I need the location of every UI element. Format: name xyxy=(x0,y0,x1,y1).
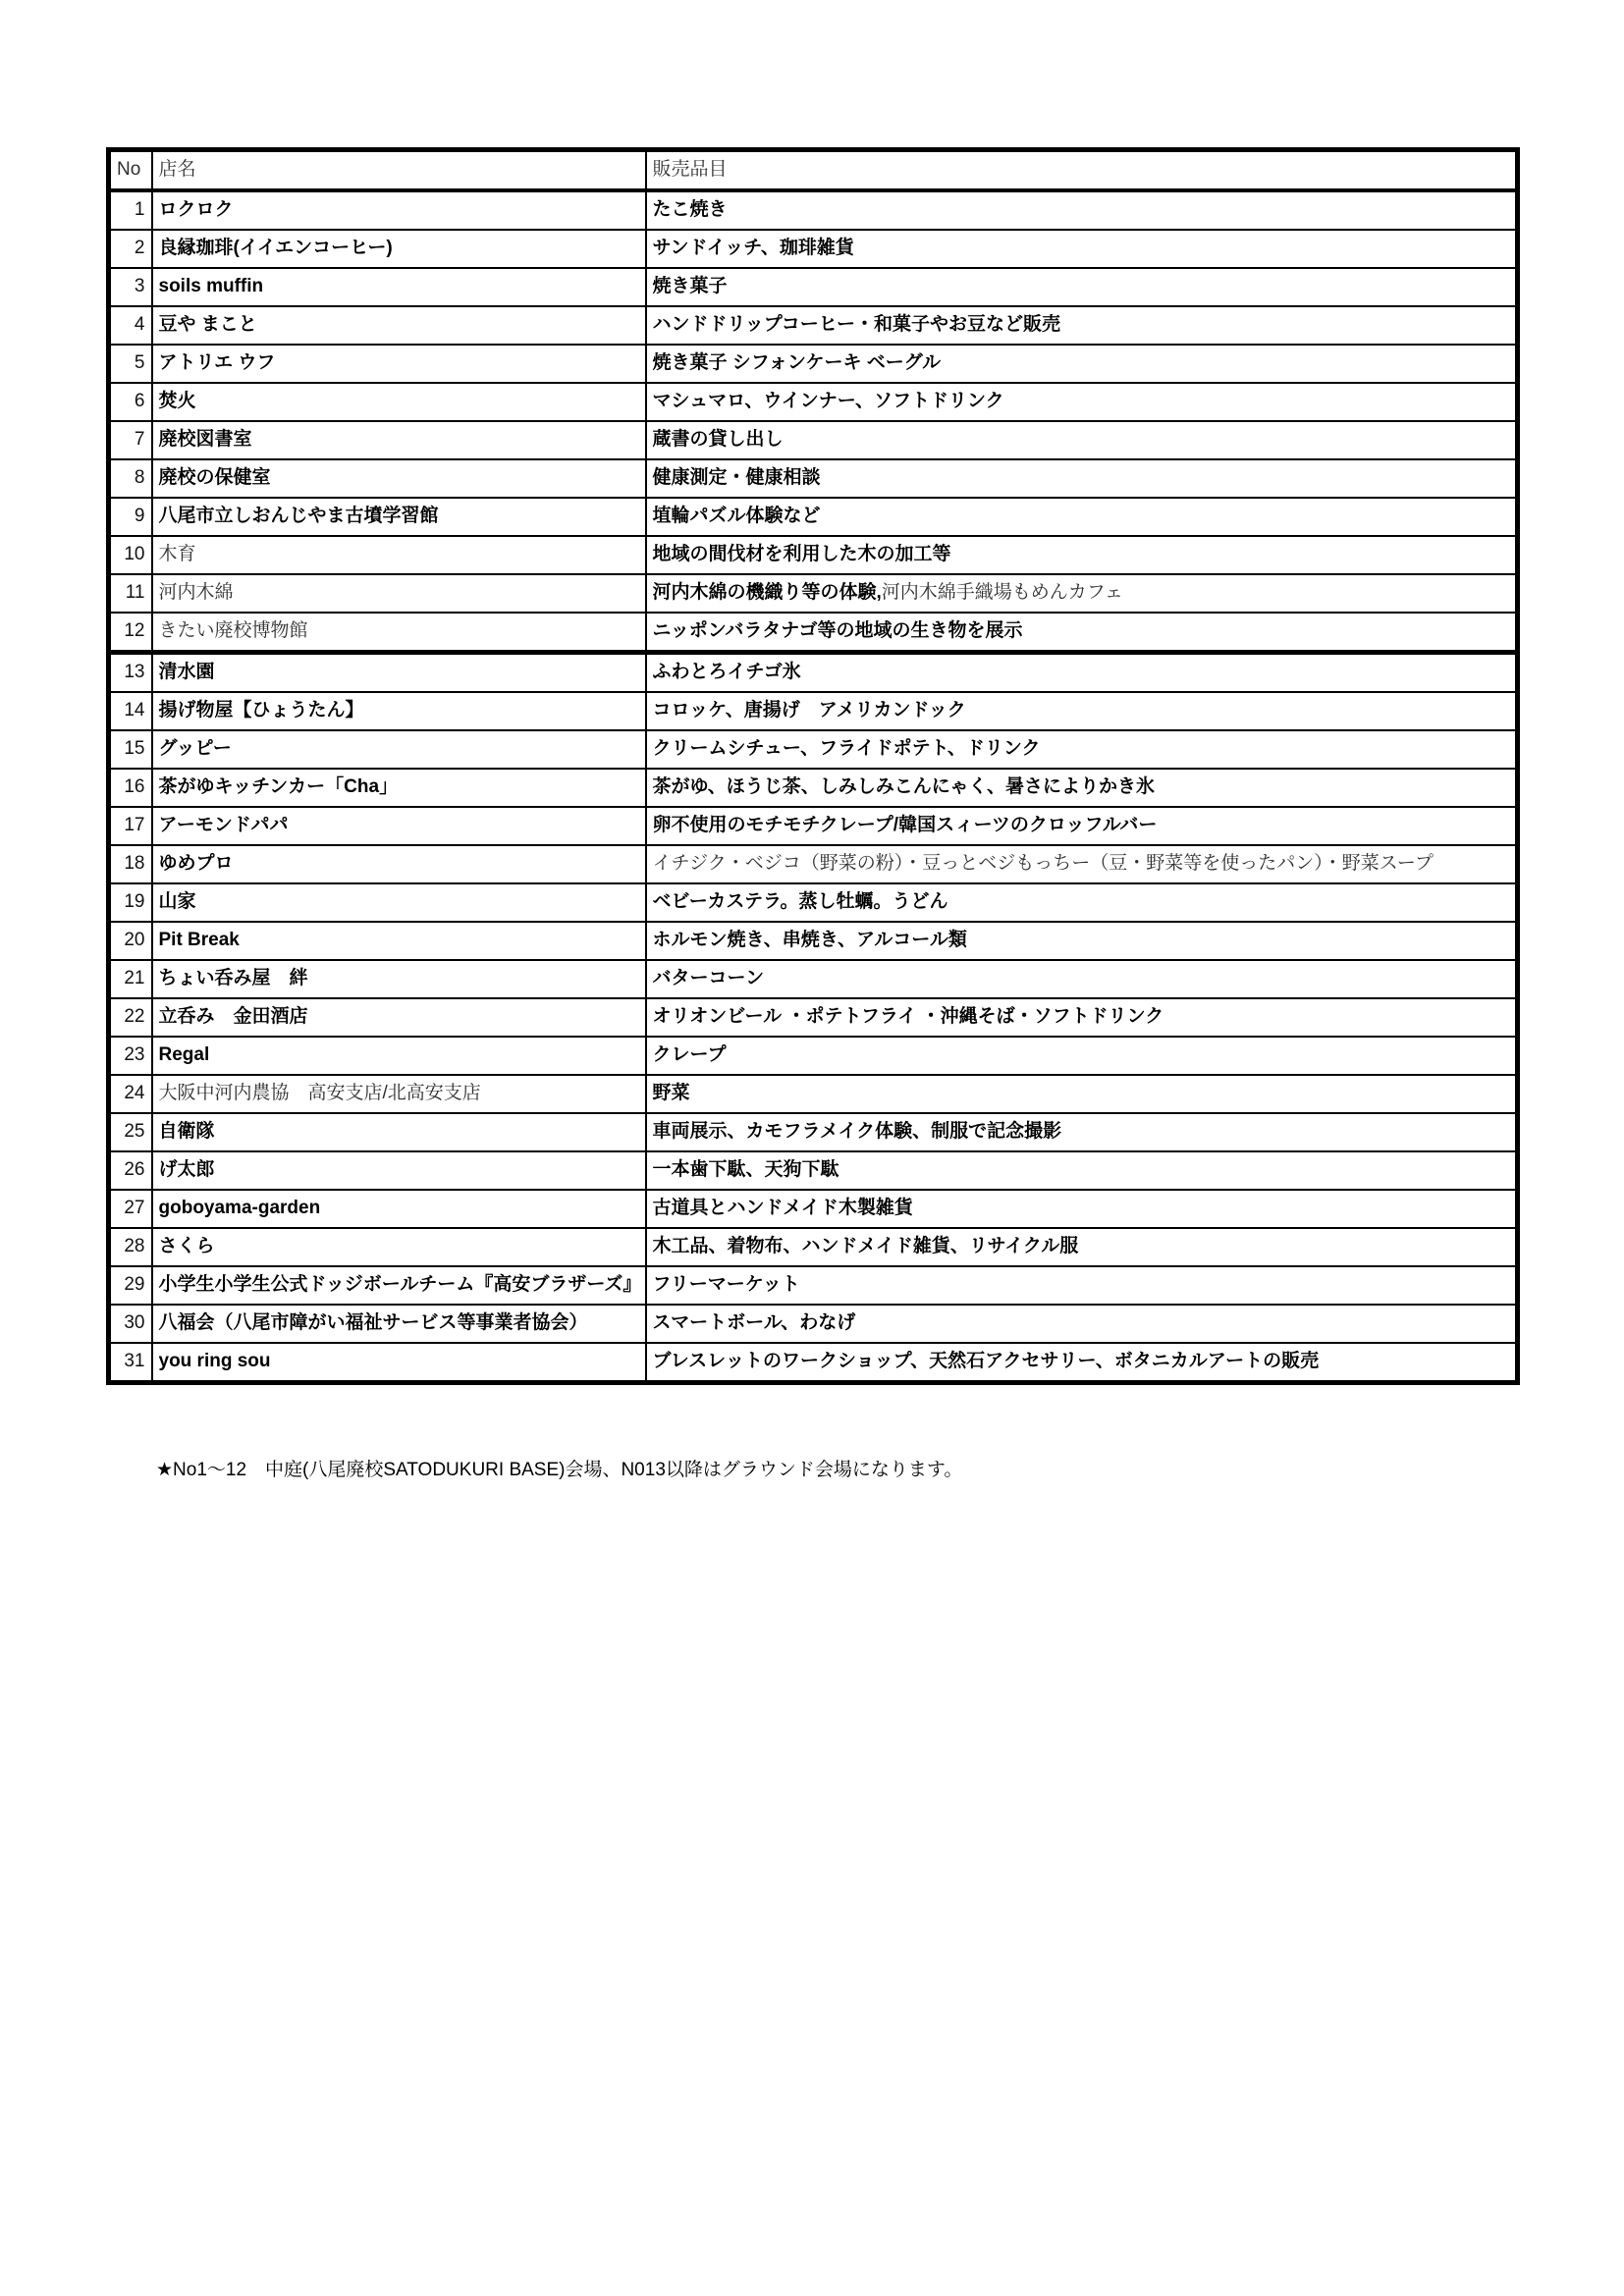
shop-no-cell: 31 xyxy=(109,1343,152,1383)
sale-items-text: 焼き菓子 xyxy=(653,276,728,296)
table-row: 24大阪中河内農協 高安支店/北高安支店野菜 xyxy=(109,1075,1518,1113)
shop-no-cell: 19 xyxy=(109,883,152,922)
shop-no-cell: 5 xyxy=(109,345,152,383)
sale-items-text: ハンドドリップコーヒー・和菓子やお豆など販売 xyxy=(653,314,1061,335)
sale-items-cell: 木工品、着物布、ハンドメイド雑貨、リサイクル服 xyxy=(646,1228,1518,1266)
shop-no-cell: 13 xyxy=(109,653,152,693)
table-row: 6焚火マシュマロ、ウインナー、ソフトドリンク xyxy=(109,383,1518,421)
shop-name-cell: Pit Break xyxy=(152,922,646,960)
shop-name-cell: げ太郎 xyxy=(152,1151,646,1190)
sale-items-text: 木工品、着物布、ハンドメイド雑貨、リサイクル服 xyxy=(653,1236,1079,1256)
table-row: 9八尾市立しおんじやま古墳学習館埴輪パズル体験など xyxy=(109,498,1518,536)
shop-name-cell: 大阪中河内農協 高安支店/北高安支店 xyxy=(152,1075,646,1113)
shop-name-cell: 八尾市立しおんじやま古墳学習館 xyxy=(152,498,646,536)
sale-items-cell: ニッポンバラタナゴ等の地域の生き物を展示 xyxy=(646,613,1518,653)
sale-items-text: オリオンビール ・ポテトフライ ・沖縄そば・ソフトドリンク xyxy=(653,1006,1164,1027)
table-row: 30八福会（八尾市障がい福祉サービス等事業者協会）スマートボール、わなげ xyxy=(109,1305,1518,1343)
table-row: 2良縁珈琲(イイエンコーヒー)サンドイッチ、珈琲雑貨 xyxy=(109,230,1518,268)
sale-items-cell: 車両展示、カモフラメイク体験、制服で記念撮影 xyxy=(646,1113,1518,1151)
table-body: 1ロクロクたこ焼き2良縁珈琲(イイエンコーヒー)サンドイッチ、珈琲雑貨3soil… xyxy=(109,190,1518,1383)
sale-items-cell: サンドイッチ、珈琲雑貨 xyxy=(646,230,1518,268)
shop-name-cell: Regal xyxy=(152,1037,646,1075)
table-row: 18ゆめプロイチジク・ベジコ（野菜の粉）・豆っとベジもっちー（豆・野菜等を使った… xyxy=(109,845,1518,883)
sale-items-cell: ブレスレットのワークショップ、天然石アクセサリー、ボタニカルアートの販売 xyxy=(646,1343,1518,1383)
shop-name-cell: 山家 xyxy=(152,883,646,922)
shop-name-cell: 木育 xyxy=(152,536,646,574)
sale-items-text: 埴輪パズル体験など xyxy=(653,506,821,526)
shop-table: No 店名 販売品目 1ロクロクたこ焼き2良縁珈琲(イイエンコーヒー)サンドイッ… xyxy=(106,147,1520,1385)
sale-items-cell: 地域の間伐材を利用した木の加工等 xyxy=(646,536,1518,574)
sale-items-cell: 野菜 xyxy=(646,1075,1518,1113)
sale-items-text: スマートボール、わなげ xyxy=(653,1312,856,1333)
table-row: 17アーモンドパパ卵不使用のモチモチクレープ/韓国スィーツのクロッフルバー xyxy=(109,807,1518,845)
table-row: 3soils muffin焼き菓子 xyxy=(109,268,1518,306)
shop-name-cell: 廃校図書室 xyxy=(152,421,646,459)
shop-no-cell: 4 xyxy=(109,306,152,345)
sale-items-cell: 卵不使用のモチモチクレープ/韓国スィーツのクロッフルバー xyxy=(646,807,1518,845)
shop-name-cell: you ring sou xyxy=(152,1343,646,1383)
sale-items-text: ベビーカステラ。蒸し牡蠣。うどん xyxy=(653,891,948,912)
shop-name-cell: 立呑み 金田酒店 xyxy=(152,998,646,1037)
shop-name-cell: ロクロク xyxy=(152,190,646,230)
sale-items-text: 一本歯下駄、天狗下駄 xyxy=(653,1159,839,1180)
shop-no-cell: 2 xyxy=(109,230,152,268)
shop-no-cell: 16 xyxy=(109,769,152,807)
sale-items-cell: フリーマーケット xyxy=(646,1266,1518,1305)
sale-items-cell: ホルモン焼き、串焼き、アルコール類 xyxy=(646,922,1518,960)
table-row: 22立呑み 金田酒店オリオンビール ・ポテトフライ ・沖縄そば・ソフトドリンク xyxy=(109,998,1518,1037)
shop-no-cell: 9 xyxy=(109,498,152,536)
sale-items-text: コロッケ、唐揚げ アメリカンドック xyxy=(653,700,966,721)
shop-no-cell: 29 xyxy=(109,1266,152,1305)
sale-items-cell: バターコーン xyxy=(646,960,1518,998)
table-row: 29小学生小学生公式ドッジボールチーム『高安ブラザーズ』フリーマーケット xyxy=(109,1266,1518,1305)
shop-no-cell: 6 xyxy=(109,383,152,421)
shop-name-cell: 河内木綿 xyxy=(152,574,646,613)
shop-no-cell: 1 xyxy=(109,190,152,230)
sale-items-text: フリーマーケット xyxy=(653,1274,800,1295)
header-sale-items: 販売品目 xyxy=(646,150,1518,191)
table-row: 7廃校図書室蔵書の貸し出し xyxy=(109,421,1518,459)
sale-items-text: 健康測定・健康相談 xyxy=(653,467,821,488)
shop-name-cell: soils muffin xyxy=(152,268,646,306)
table-row: 23Regalクレープ xyxy=(109,1037,1518,1075)
sale-items-text: マシュマロ、ウインナー、ソフトドリンク xyxy=(653,391,1004,411)
sale-items-cell: スマートボール、わなげ xyxy=(646,1305,1518,1343)
shop-name-cell: 八福会（八尾市障がい福祉サービス等事業者協会） xyxy=(152,1305,646,1343)
sale-items-cell: クレープ xyxy=(646,1037,1518,1075)
shop-name-cell: ちょい呑み屋 絆 xyxy=(152,960,646,998)
table-row: 15グッピークリームシチュー、フライドポテト、ドリンク xyxy=(109,730,1518,769)
shop-no-cell: 26 xyxy=(109,1151,152,1190)
sale-items-text: サンドイッチ、珈琲雑貨 xyxy=(653,238,854,258)
sale-items-cell: 茶がゆ、ほうじ茶、しみしみこんにゃく、暑さによりかき氷 xyxy=(646,769,1518,807)
shop-name-cell: グッピー xyxy=(152,730,646,769)
sale-items-text: ふわとろイチゴ氷 xyxy=(653,662,801,682)
header-shop-name: 店名 xyxy=(152,150,646,191)
sale-items-cell: 河内木綿の機織り等の体験,河内木綿手織場もめんカフェ xyxy=(646,574,1518,613)
shop-no-cell: 21 xyxy=(109,960,152,998)
sale-items-text: 地域の間伐材を利用した木の加工等 xyxy=(653,544,951,564)
sale-items-cell: マシュマロ、ウインナー、ソフトドリンク xyxy=(646,383,1518,421)
sale-items-cell: 埴輪パズル体験など xyxy=(646,498,1518,536)
sale-items-text: クリームシチュー、フライドポテト、ドリンク xyxy=(653,738,1041,759)
sale-items-text: 河内木綿手織場もめんカフェ xyxy=(882,582,1123,603)
shop-name-cell: アーモンドパパ xyxy=(152,807,646,845)
sale-items-cell: 焼き菓子 xyxy=(646,268,1518,306)
sale-items-text: ホルモン焼き、串焼き、アルコール類 xyxy=(653,930,967,950)
shop-name-cell: 自衛隊 xyxy=(152,1113,646,1151)
table-row: 27goboyama-garden古道具とハンドメイド木製雑貨 xyxy=(109,1190,1518,1228)
table-row: 12きたい廃校博物館ニッポンバラタナゴ等の地域の生き物を展示 xyxy=(109,613,1518,653)
table-row: 8廃校の保健室健康測定・健康相談 xyxy=(109,459,1518,498)
shop-name-cell: 清水園 xyxy=(152,653,646,693)
sale-items-text: 車両展示、カモフラメイク体験、制服で記念撮影 xyxy=(653,1121,1062,1142)
sale-items-text: 野菜 xyxy=(653,1083,690,1103)
sale-items-cell: 古道具とハンドメイド木製雑貨 xyxy=(646,1190,1518,1228)
table-row: 25自衛隊車両展示、カモフラメイク体験、制服で記念撮影 xyxy=(109,1113,1518,1151)
table-row: 11河内木綿河内木綿の機織り等の体験,河内木綿手織場もめんカフェ xyxy=(109,574,1518,613)
table-header-row: No 店名 販売品目 xyxy=(109,150,1518,191)
sale-items-cell: ハンドドリップコーヒー・和菓子やお豆など販売 xyxy=(646,306,1518,345)
shop-no-cell: 3 xyxy=(109,268,152,306)
sale-items-cell: イチジク・ベジコ（野菜の粉）・豆っとベジもっちー（豆・野菜等を使ったパン）・野菜… xyxy=(646,845,1518,883)
shop-no-cell: 12 xyxy=(109,613,152,653)
shop-no-cell: 25 xyxy=(109,1113,152,1151)
shop-no-cell: 18 xyxy=(109,845,152,883)
shop-name-cell: きたい廃校博物館 xyxy=(152,613,646,653)
shop-name-cell: 豆や まこと xyxy=(152,306,646,345)
table-row: 4豆や まことハンドドリップコーヒー・和菓子やお豆など販売 xyxy=(109,306,1518,345)
sale-items-cell: 焼き菓子 シフォンケーキ ベーグル xyxy=(646,345,1518,383)
sale-items-text: 河内木綿の機織り等の体験, xyxy=(653,582,882,603)
shop-name-cell: 揚げ物屋【ひょうたん】 xyxy=(152,692,646,730)
venue-note: ★No1～12 中庭(八尾廃校SATODUKURI BASE)会場、N013以降… xyxy=(156,1455,962,1481)
table-row: 31you ring souブレスレットのワークショップ、天然石アクセサリー、ボ… xyxy=(109,1343,1518,1383)
table-row: 5アトリエ ウフ焼き菓子 シフォンケーキ ベーグル xyxy=(109,345,1518,383)
shop-no-cell: 30 xyxy=(109,1305,152,1343)
shop-no-cell: 23 xyxy=(109,1037,152,1075)
shop-name-cell: 茶がゆキッチンカー「Cha」 xyxy=(152,769,646,807)
sale-items-text: 焼き菓子 シフォンケーキ ベーグル xyxy=(653,352,942,373)
shop-no-cell: 20 xyxy=(109,922,152,960)
sale-items-cell: 健康測定・健康相談 xyxy=(646,459,1518,498)
shop-no-cell: 15 xyxy=(109,730,152,769)
table-row: 26げ太郎一本歯下駄、天狗下駄 xyxy=(109,1151,1518,1190)
sale-items-text: 蔵書の貸し出し xyxy=(653,429,784,450)
shop-no-cell: 27 xyxy=(109,1190,152,1228)
shop-no-cell: 24 xyxy=(109,1075,152,1113)
shop-no-cell: 11 xyxy=(109,574,152,613)
table-row: 13清水園ふわとろイチゴ氷 xyxy=(109,653,1518,693)
header-no: No xyxy=(109,150,152,191)
sale-items-text: イチジク・ベジコ（野菜の粉）・豆っとベジもっちー（豆・野菜等を使ったパン）・野菜… xyxy=(653,853,1434,874)
shop-no-cell: 10 xyxy=(109,536,152,574)
sale-items-cell: たこ焼き xyxy=(646,190,1518,230)
sale-items-text: 古道具とハンドメイド木製雑貨 xyxy=(653,1198,913,1218)
shop-no-cell: 8 xyxy=(109,459,152,498)
sale-items-text: たこ焼き xyxy=(653,199,728,220)
sale-items-cell: コロッケ、唐揚げ アメリカンドック xyxy=(646,692,1518,730)
sale-items-cell: オリオンビール ・ポテトフライ ・沖縄そば・ソフトドリンク xyxy=(646,998,1518,1037)
shop-name-cell: アトリエ ウフ xyxy=(152,345,646,383)
table-row: 28さくら木工品、着物布、ハンドメイド雑貨、リサイクル服 xyxy=(109,1228,1518,1266)
document-page: No 店名 販売品目 1ロクロクたこ焼き2良縁珈琲(イイエンコーヒー)サンドイッ… xyxy=(0,0,1624,2296)
shop-no-cell: 7 xyxy=(109,421,152,459)
shop-no-cell: 17 xyxy=(109,807,152,845)
sale-items-cell: ベビーカステラ。蒸し牡蠣。うどん xyxy=(646,883,1518,922)
sale-items-cell: 蔵書の貸し出し xyxy=(646,421,1518,459)
shop-name-cell: さくら xyxy=(152,1228,646,1266)
sale-items-text: バターコーン xyxy=(653,968,765,988)
shop-name-cell: 焚火 xyxy=(152,383,646,421)
sale-items-text: クレープ xyxy=(653,1044,727,1065)
table-row: 10木育地域の間伐材を利用した木の加工等 xyxy=(109,536,1518,574)
table-row: 21ちょい呑み屋 絆バターコーン xyxy=(109,960,1518,998)
sale-items-text: 卵不使用のモチモチクレープ/韓国スィーツのクロッフルバー xyxy=(653,815,1158,835)
sale-items-cell: クリームシチュー、フライドポテト、ドリンク xyxy=(646,730,1518,769)
table-row: 20Pit Breakホルモン焼き、串焼き、アルコール類 xyxy=(109,922,1518,960)
sale-items-cell: ふわとろイチゴ氷 xyxy=(646,653,1518,693)
sale-items-text: ブレスレットのワークショップ、天然石アクセサリー、ボタニカルアートの販売 xyxy=(653,1351,1320,1371)
table-row: 1ロクロクたこ焼き xyxy=(109,190,1518,230)
sale-items-text: 茶がゆ、ほうじ茶、しみしみこんにゃく、暑さによりかき氷 xyxy=(653,776,1155,797)
shop-no-cell: 14 xyxy=(109,692,152,730)
sale-items-cell: 一本歯下駄、天狗下駄 xyxy=(646,1151,1518,1190)
shop-no-cell: 22 xyxy=(109,998,152,1037)
shop-no-cell: 28 xyxy=(109,1228,152,1266)
shop-name-cell: 廃校の保健室 xyxy=(152,459,646,498)
shop-name-cell: 小学生小学生公式ドッジボールチーム『高安ブラザーズ』 xyxy=(152,1266,646,1305)
table-row: 16茶がゆキッチンカー「Cha」茶がゆ、ほうじ茶、しみしみこんにゃく、暑さにより… xyxy=(109,769,1518,807)
table-row: 14揚げ物屋【ひょうたん】コロッケ、唐揚げ アメリカンドック xyxy=(109,692,1518,730)
table-row: 19山家ベビーカステラ。蒸し牡蠣。うどん xyxy=(109,883,1518,922)
shop-name-cell: 良縁珈琲(イイエンコーヒー) xyxy=(152,230,646,268)
shop-name-cell: ゆめプロ xyxy=(152,845,646,883)
shop-name-cell: goboyama-garden xyxy=(152,1190,646,1228)
sale-items-text: ニッポンバラタナゴ等の地域の生き物を展示 xyxy=(653,620,1023,641)
